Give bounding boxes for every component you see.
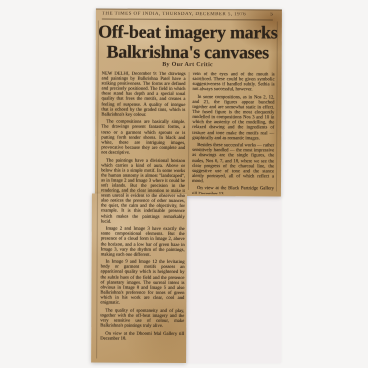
center-column-rule [188, 72, 190, 190]
masthead: THE TIMES OF INDIA, THURSDAY, DECEMBER 5… [102, 12, 273, 21]
paragraph: Image 2 and Image 3 have exactly the sam… [101, 227, 185, 258]
clipping-top-edge [96, 9, 282, 11]
headline-line-2: Balkrishna's canvases [97, 42, 279, 63]
headline-line-1: Off-beat imagery marks [97, 22, 279, 43]
article-column-right: vein of the eyes and of the mouth is sac… [192, 72, 275, 194]
paragraph: On view at the Black Partridge Gallery t… [192, 186, 274, 194]
article: THE TIMES OF INDIA, THURSDAY, DECEMBER 5… [91, 9, 283, 364]
newspaper-clipping: THE TIMES OF INDIA, THURSDAY, DECEMBER 5… [91, 9, 283, 364]
paragraph: In Image 9 and Image 12 the levitating b… [100, 260, 184, 306]
paragraph: The paintings have a divisional horizon … [101, 158, 185, 225]
paragraph: NEW DELHI, December 9: The drawings and … [101, 72, 185, 118]
masthead-page-number: 5 [270, 12, 273, 17]
paragraph: The compositions are basically simple. T… [101, 120, 185, 156]
paragraph: In some compositions, as in Nos 2, 12, a… [192, 95, 274, 141]
paragraph: The quality of spontaneity and of play, … [100, 308, 184, 329]
paragraph: Besides these successful works — rather … [192, 143, 274, 184]
left-column-rule [96, 21, 99, 359]
paragraph: vein of the eyes and of the mouth is sac… [192, 72, 274, 93]
scanned-newspaper-scrapbook-page: THE TIMES OF INDIA, THURSDAY, DECEMBER 5… [0, 0, 368, 368]
article-column-left: NEW DELHI, December 9: The drawings and … [100, 72, 186, 359]
masthead-date-line: THE TIMES OF INDIA, THURSDAY, DECEMBER 5… [102, 12, 246, 18]
paragraph: On view at the Dhoomi Mal Gallery till D… [100, 331, 184, 342]
byline: By Our Art Critic [97, 62, 279, 69]
headline: Off-beat imagery marks Balkrishna's canv… [97, 22, 279, 63]
